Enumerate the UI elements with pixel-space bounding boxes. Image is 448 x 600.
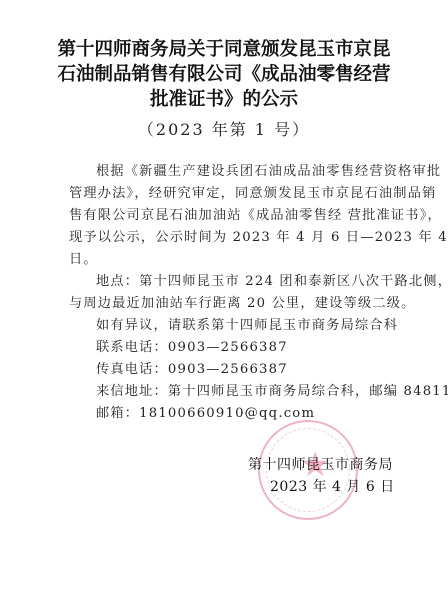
title-line-1: 第十四师商务局关于同意颁发昆玉市京昆	[0, 39, 448, 61]
contact-phone: 联系电话：0903—2566387	[96, 340, 288, 356]
issuer-name: 第十四师昆玉市商务局	[248, 456, 393, 474]
issue-date: 2023 年 4 月 6 日	[270, 478, 395, 496]
location-line-1: 地点：第十四师昆玉市 224 团和泰新区八次干路北侧，	[96, 274, 448, 290]
body-line-3: 售有限公司京昆石油加油站《成品油零售经 营批准证书》，	[69, 208, 442, 224]
location-line-2: 与周边最近加油站车行距离 20 公里，建设等级二级。	[69, 296, 416, 312]
document-number: （2023 年第 1 号）	[0, 120, 448, 140]
title-line-3: 批准证书》的公示	[0, 89, 448, 111]
title-line-2: 石油制品销售有限公司《成品油零售经营	[0, 64, 448, 86]
body-line-4: 现予以公示，公示时间为 2023 年 4 月 6 日—2023 年 4 月 13	[69, 230, 448, 246]
objection-contact: 如有异议，请联系第十四师昆玉市商务局综合科	[96, 318, 398, 334]
email-address: 邮箱：18100660910@qq.com	[96, 406, 315, 422]
body-line-2: 管理办法》，经研究审定，同意颁发昆玉市京昆石油制品销	[69, 186, 436, 202]
body-line-1: 根据《新疆生产建设兵团石油成品油零售经营资格审批	[96, 164, 441, 180]
mailing-address: 来信地址：第十四师昆玉市商务局综合科，邮编 848116	[96, 384, 448, 400]
fax-phone: 传真电话：0903—2566387	[96, 362, 288, 378]
body-line-5: 日。	[69, 252, 98, 268]
